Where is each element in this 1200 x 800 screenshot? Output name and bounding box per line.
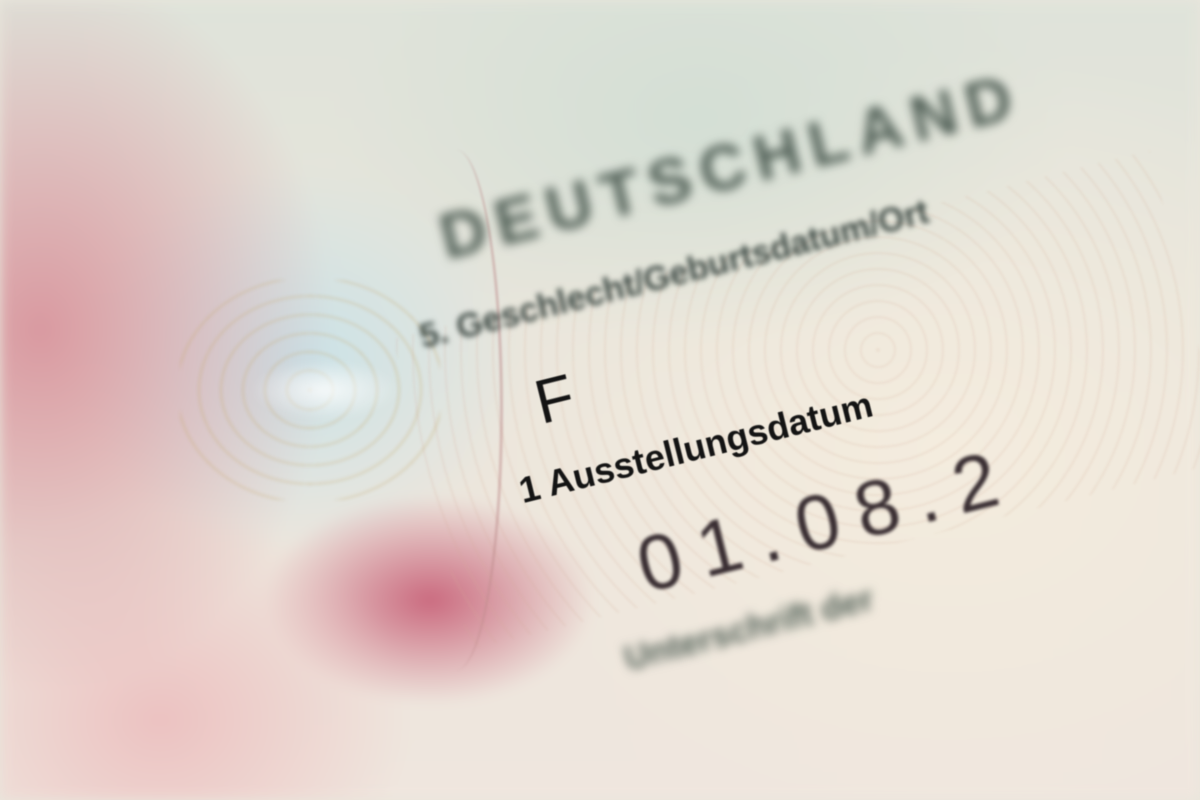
hologram-shine bbox=[250, 360, 400, 420]
document-photo: DEUTSCHLAND 5. Geschlecht/Geburtsdatum/O… bbox=[0, 0, 1200, 800]
